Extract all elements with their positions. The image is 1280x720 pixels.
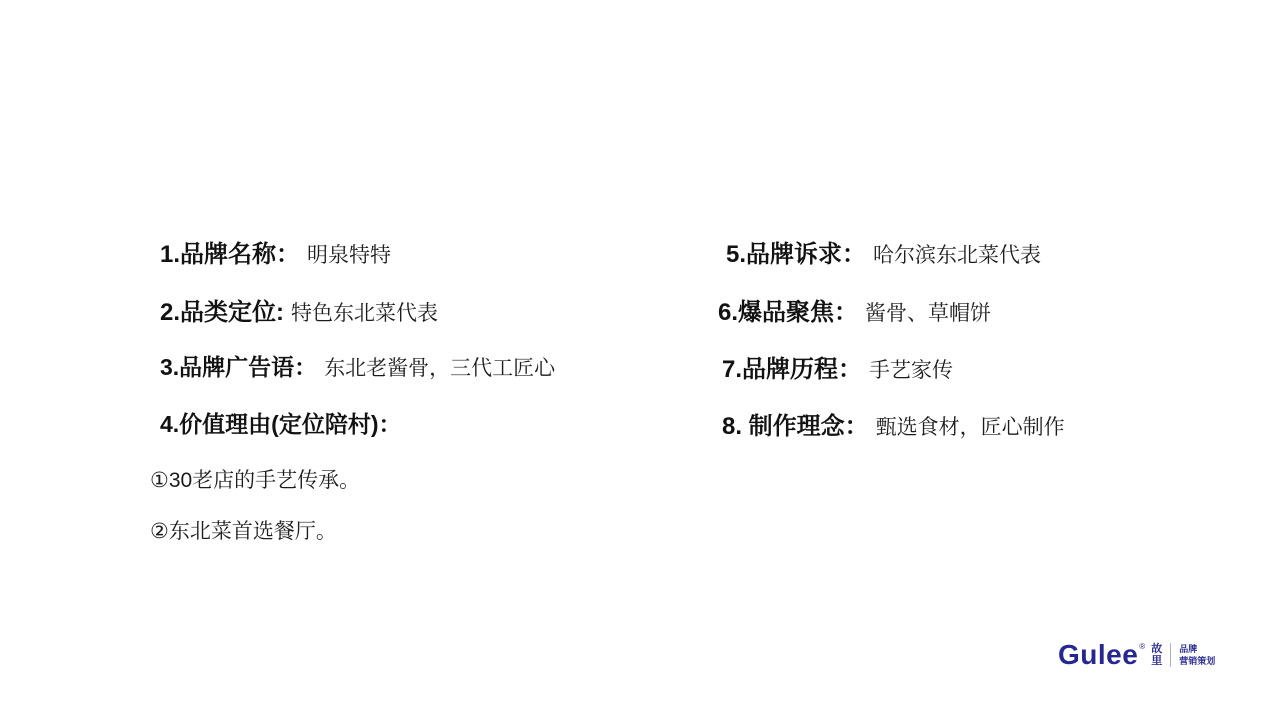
item-label: 8. 制作理念：	[722, 413, 869, 440]
item-label: 1.品牌名称：	[160, 241, 300, 268]
subitem-text: ②东北菜首选餐厅。	[150, 520, 337, 543]
item-label: 4.价值理由(定位陪村)：	[160, 411, 402, 437]
logo-tagline-top: 品牌	[1179, 643, 1215, 655]
registered-trademark-icon: ®	[1139, 642, 1145, 651]
subitem-text: ①30老店的手艺传承。	[150, 469, 360, 492]
item-label: 7.品牌历程：	[722, 356, 862, 383]
item-value: 哈尔滨东北菜代表	[873, 244, 1041, 267]
logo-cn-name: 故 里	[1151, 643, 1162, 667]
list-item-production-philosophy: 8. 制作理念：甄选食材，匠心制作	[722, 406, 1065, 441]
logo-cn-char-top: 故	[1151, 643, 1162, 655]
list-item-brand-name: 1.品牌名称：明泉特特	[160, 234, 391, 269]
list-item-hit-product-focus: 6.爆品聚焦：酱骨、草帽饼	[718, 292, 991, 327]
logo-cn-char-bottom: 里	[1151, 655, 1162, 667]
logo-wordmark: Gulee	[1058, 640, 1138, 670]
item-label: 6.爆品聚焦：	[718, 299, 858, 326]
item-value: 甄选食材，匠心制作	[876, 416, 1065, 439]
list-item-brand-appeal: 5.品牌诉求：哈尔滨东北菜代表	[726, 234, 1041, 269]
list-item-category-positioning: 2.品类定位:特色东北菜代表	[160, 292, 438, 327]
item-value: 特色东北菜代表	[291, 302, 438, 325]
item-value: 手艺家传	[869, 359, 953, 382]
item-label: 2.品类定位:	[160, 299, 284, 326]
list-subitem-2: ②东北菜首选餐厅。	[150, 515, 337, 545]
gulee-logo: Gulee® 故 里 品牌 营销策划	[1058, 640, 1215, 670]
logo-tagline: 品牌 营销策划	[1179, 643, 1215, 667]
list-subitem-1: ①30老店的手艺传承。	[150, 464, 360, 494]
logo-divider	[1170, 643, 1171, 667]
logo-tagline-bottom: 营销策划	[1179, 655, 1215, 667]
list-item-brand-history: 7.品牌历程：手艺家传	[722, 349, 953, 384]
item-value: 明泉特特	[307, 244, 391, 267]
slide-canvas: 1.品牌名称：明泉特特 2.品类定位:特色东北菜代表 3.品牌广告语：东北老酱骨…	[0, 0, 1280, 720]
item-label: 5.品牌诉求：	[726, 241, 866, 268]
item-value: 东北老酱骨，三代工匠心	[324, 357, 555, 380]
item-value: 酱骨、草帽饼	[865, 302, 991, 325]
list-item-value-reason: 4.价值理由(定位陪村)：	[160, 406, 409, 439]
item-label: 3.品牌广告语：	[160, 354, 317, 380]
list-item-brand-slogan: 3.品牌广告语：东北老酱骨，三代工匠心	[160, 349, 555, 382]
